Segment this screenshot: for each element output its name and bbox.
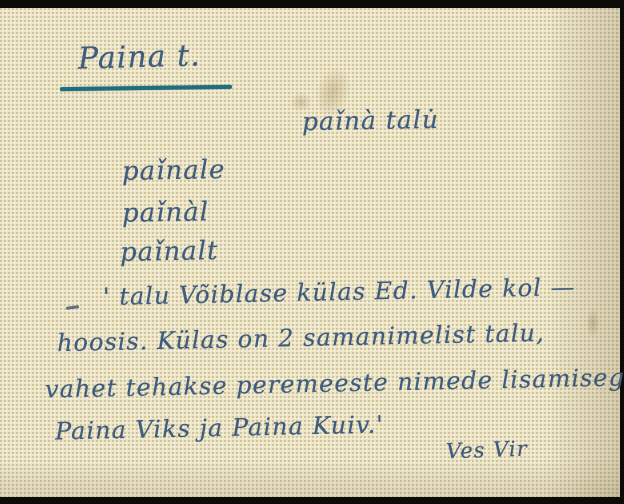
card-paper: Paina t. paǐnà talu̇ paǐnale paǐnàl paǐn… (0, 8, 620, 497)
scanned-card: Paina t. paǐnà talu̇ paǐnale paǐnàl paǐn… (0, 0, 624, 504)
heading-underline (60, 85, 232, 91)
form-line: paǐnalt (120, 236, 219, 268)
card-heading: Paina t. (78, 38, 202, 76)
stray-dash-mark (66, 305, 79, 310)
signature: Ves Vir (446, 437, 528, 464)
stain (586, 308, 600, 338)
body-line: hoosis. Külas on 2 samanimelist talu, (57, 319, 545, 357)
body-line: vahet tehakse peremeeste nimede lisamise… (45, 362, 624, 403)
body-line: ' talu Võiblase külas Ed. Vilde kol — (103, 273, 576, 311)
form-line: paǐnàl (122, 197, 210, 229)
form-line: paǐnale (122, 155, 226, 187)
body-line: Paina Viks ja Paina Kuiv.' (55, 411, 384, 446)
headword-line: paǐnà talu̇ (302, 105, 439, 136)
